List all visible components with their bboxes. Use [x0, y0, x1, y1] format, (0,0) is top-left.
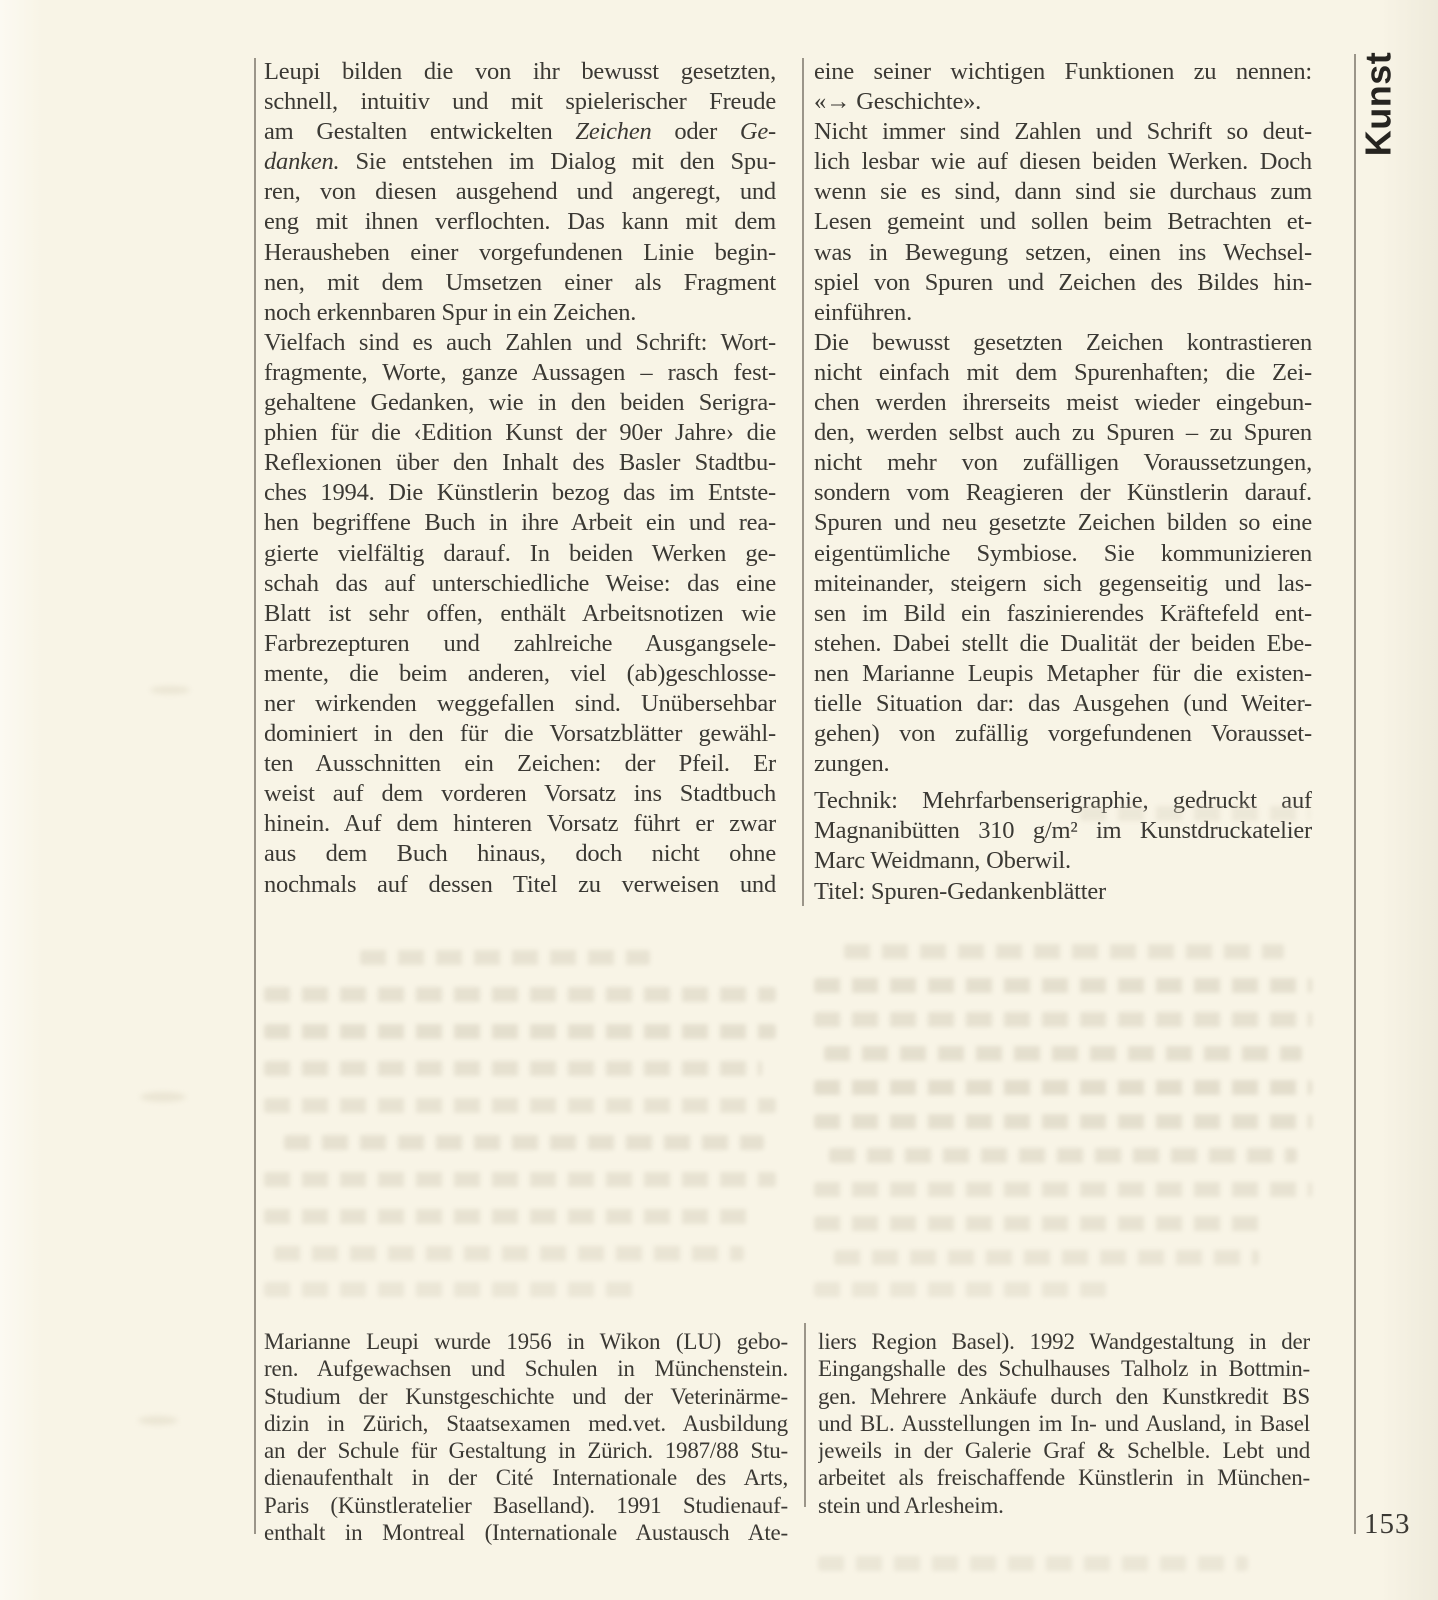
bleedthrough-text-row — [274, 1246, 744, 1261]
text-line: einführen. — [814, 298, 1312, 328]
text-line: stehen. Dabei stellt die Dualität der be… — [814, 629, 1312, 659]
text-line: gen. Mehrere Ankäufe durch den Kunstkred… — [818, 1383, 1310, 1410]
article-column-left: Leupi bilden die von ihr bewusst gesetzt… — [264, 57, 776, 900]
text-segment: am Gestalten entwickelten — [264, 118, 575, 145]
text-line: den, werden selbst auch zu Spuren – zu S… — [814, 418, 1312, 448]
text-segment: zungen. — [814, 750, 889, 777]
text-line: nochmals auf dessen Titel zu verweisen u… — [264, 870, 776, 900]
text-segment: stein und Arlesheim. — [818, 1493, 1004, 1518]
text-segment: miteinander, steigern sich gegenseitig u… — [814, 570, 1312, 597]
text-segment: Marianne Leupi wurde 1956 in Wikon (LU) … — [264, 1329, 788, 1354]
bleedthrough-text-row — [814, 978, 1312, 993]
biography-column-left: Marianne Leupi wurde 1956 in Wikon (LU) … — [264, 1328, 788, 1546]
bleedthrough-text-row — [814, 1080, 1312, 1095]
text-segment: schah das auf unterschiedliche Weise: da… — [264, 570, 776, 597]
text-line: dominiert in den für die Vorsatzblätter … — [264, 719, 776, 749]
italic-text-segment: Ge- — [740, 118, 776, 145]
text-line: schnell, intuitiv und mit spielerischer … — [264, 87, 776, 117]
text-line: eng mit ihnen verflochten. Das kann mit … — [264, 207, 776, 237]
text-segment: Paris (Künstleratelier Baselland). 1991 … — [264, 1493, 788, 1518]
text-line: eigentümliche Symbiose. Sie kommuniziere… — [814, 539, 1312, 569]
text-line: chen werden ihrerseits meist wieder eing… — [814, 388, 1312, 418]
text-segment: sen im Bild ein faszinierendes Kräftefel… — [814, 600, 1312, 627]
bleedthrough-text-row — [818, 1556, 1248, 1571]
article-column-right: eine seiner wichtigen Funktionen zu nenn… — [814, 57, 1312, 907]
text-segment: phien für die ‹Edition Kunst der 90er Ja… — [264, 419, 776, 446]
column-rule-middle-bottom — [804, 1323, 806, 1507]
bleedthrough-text-row — [264, 1024, 776, 1039]
text-segment: Magnanibütten 310 g/m² im Kunstdruckatel… — [814, 817, 1312, 844]
bleedthrough-text-row — [824, 1046, 1302, 1061]
text-line: Farbrezepturen und zahlreiche Ausgangsel… — [264, 629, 776, 659]
text-line: gehaltene Gedanken, wie in den beiden Se… — [264, 388, 776, 418]
bleedthrough-text-row — [264, 987, 776, 1002]
text-line: sen im Bild ein faszinierendes Kräftefel… — [814, 599, 1312, 629]
text-segment: sondern vom Reagieren der Künstlerin dar… — [814, 479, 1312, 506]
text-segment: tielle Situation dar: das Ausgehen (und … — [814, 690, 1312, 717]
text-segment: mente, die beim anderen, viel (ab)geschl… — [264, 660, 776, 687]
text-segment: einführen. — [814, 299, 912, 326]
text-segment: nicht einfach mit dem Spurenhaften; die … — [814, 359, 1312, 386]
text-line: Leupi bilden die von ihr bewusst gesetzt… — [264, 57, 776, 87]
text-line: mente, die beim anderen, viel (ab)geschl… — [264, 659, 776, 689]
text-segment: stehen. Dabei stellt die Dualität der be… — [814, 630, 1312, 657]
text-segment: weist auf dem vorderen Vorsatz ins Stadt… — [264, 780, 776, 807]
text-line: «→ Geschichte». — [814, 87, 1312, 117]
text-line: miteinander, steigern sich gegenseitig u… — [814, 569, 1312, 599]
text-segment: gehaltene Gedanken, wie in den beiden Se… — [264, 389, 776, 416]
text-line: Spuren und neu gesetzte Zeichen bilden s… — [814, 508, 1312, 538]
text-line: danken. Sie entstehen im Dialog mit den … — [264, 147, 776, 177]
text-line: spiel von Spuren und Zeichen des Bildes … — [814, 268, 1312, 298]
text-line: nen Marianne Leupis Metapher für die exi… — [814, 659, 1312, 689]
text-segment: an der Schule für Gestaltung in Zürich. … — [264, 1438, 788, 1463]
text-segment: hen begriffene Buch in ihre Arbeit ein u… — [264, 509, 776, 536]
text-line: ren, von diesen ausgehend und angeregt, … — [264, 177, 776, 207]
text-line: was in Bewegung setzen, einen ins Wechse… — [814, 238, 1312, 268]
text-segment: «→ Geschichte». — [814, 88, 981, 115]
text-line: Reflexionen über den Inhalt des Basler S… — [264, 448, 776, 478]
text-line: Lesen gemeint und sollen beim Betrachten… — [814, 207, 1312, 237]
text-segment: Farbrezepturen und zahlreiche Ausgangsel… — [264, 630, 776, 657]
bleedthrough-text-row — [264, 1061, 762, 1076]
text-segment: und BL. Ausstellungen im In- und Ausland… — [818, 1411, 1310, 1436]
bleedthrough-text-row — [814, 1114, 1312, 1129]
text-line: ren. Aufgewachsen und Schulen in München… — [264, 1355, 788, 1382]
text-segment: enthalt in Montreal (Internationale Aust… — [264, 1520, 788, 1545]
text-line: am Gestalten entwickelten Zeichen oder G… — [264, 117, 776, 147]
text-segment: nen, mit dem Umsetzen einer als Fragment — [264, 269, 776, 296]
text-line: nicht mehr von zufälligen Voraussetzunge… — [814, 448, 1312, 478]
text-segment: Leupi bilden die von ihr bewusst gesetzt… — [264, 58, 776, 85]
bleedthrough-text-row — [834, 1250, 1259, 1265]
text-line: ner wirkenden weggefallen sind. Unüberse… — [264, 689, 776, 719]
text-segment: eng mit ihnen verflochten. Das kann mit … — [264, 208, 776, 235]
text-line: hinein. Auf dem hinteren Vorsatz führt e… — [264, 809, 776, 839]
text-line: Die bewusst gesetzten Zeichen kontrastie… — [814, 328, 1312, 358]
text-line: und BL. Ausstellungen im In- und Ausland… — [818, 1410, 1310, 1437]
text-segment: dienaufenthalt in der Cité International… — [264, 1465, 788, 1490]
text-line: dienaufenthalt in der Cité International… — [264, 1464, 788, 1491]
text-segment: Titel: Spuren-Gedankenblätter — [814, 878, 1106, 905]
text-line: Titel: Spuren-Gedankenblätter — [814, 877, 1312, 907]
text-segment: Marc Weidmann, Oberwil. — [814, 847, 1071, 874]
text-segment: Die bewusst gesetzten Zeichen kontrastie… — [814, 329, 1312, 356]
text-line: nicht einfach mit dem Spurenhaften; die … — [814, 358, 1312, 388]
section-label-kunst: Kunst — [1352, 53, 1404, 155]
bleedthrough-text-row — [844, 944, 1284, 959]
text-line: Herausheben einer vorgefundenen Linie be… — [264, 238, 776, 268]
text-segment: nen Marianne Leupis Metapher für die exi… — [814, 660, 1312, 687]
text-segment: schnell, intuitiv und mit spielerischer … — [264, 88, 776, 115]
text-line: stein und Arlesheim. — [818, 1492, 1310, 1519]
text-line: ten Ausschnitten ein Zeichen: der Pfeil.… — [264, 749, 776, 779]
text-segment: lich lesbar wie auf diesen beiden Werken… — [814, 148, 1312, 175]
bleedthrough-text-row — [814, 1182, 1312, 1197]
margin-rule-right — [1354, 54, 1356, 1534]
text-segment: ren, von diesen ausgehend und angeregt, … — [264, 178, 776, 205]
text-line: ches 1994. Die Künstlerin bezog das im E… — [264, 478, 776, 508]
text-line: Nicht immer sind Zahlen und Schrift so d… — [814, 117, 1312, 147]
bleedthrough-text-row — [284, 1135, 764, 1150]
text-segment: ner wirkenden weggefallen sind. Unüberse… — [264, 690, 776, 717]
text-line: nen, mit dem Umsetzen einer als Fragment — [264, 268, 776, 298]
text-line: lich lesbar wie auf diesen beiden Werken… — [814, 147, 1312, 177]
text-segment: Sie entstehen im Dialog mit den Spu- — [339, 148, 776, 175]
text-segment: arbeitet als freischaffende Künstlerin i… — [818, 1465, 1310, 1490]
paper-smudge — [138, 1416, 178, 1425]
text-segment: aus dem Buch hinaus, doch nicht ohne — [264, 840, 776, 867]
text-segment: den, werden selbst auch zu Spuren – zu S… — [814, 419, 1312, 446]
text-line: Paris (Künstleratelier Baselland). 1991 … — [264, 1492, 788, 1519]
text-line: hen begriffene Buch in ihre Arbeit ein u… — [264, 508, 776, 538]
text-segment: ten Ausschnitten ein Zeichen: der Pfeil.… — [264, 750, 776, 777]
bleedthrough-text-row — [814, 1012, 1312, 1027]
text-segment: was in Bewegung setzen, einen ins Wechse… — [814, 239, 1312, 266]
scanned-journal-page: Kunst 153 Leupi bilden die von ihr bewus… — [0, 0, 1438, 1600]
bleedthrough-text-row — [1080, 806, 1310, 821]
bleedthrough-text-row — [264, 1282, 644, 1297]
italic-text-segment: danken. — [264, 148, 339, 175]
text-line: weist auf dem vorderen Vorsatz ins Stadt… — [264, 779, 776, 809]
text-segment: wenn sie es sind, dann sind sie durchaus… — [814, 178, 1312, 205]
text-segment: Reflexionen über den Inhalt des Basler S… — [264, 449, 776, 476]
text-line: noch erkennbaren Spur in ein Zeichen. — [264, 298, 776, 328]
column-rule-left — [254, 58, 256, 1534]
text-line: gierte vielfältig darauf. In beiden Werk… — [264, 539, 776, 569]
bleedthrough-text-row — [360, 950, 650, 965]
text-segment: Vielfach sind es auch Zahlen und Schrift… — [264, 329, 776, 356]
text-segment: spiel von Spuren und Zeichen des Bildes … — [814, 269, 1312, 296]
text-line: aus dem Buch hinaus, doch nicht ohne — [264, 839, 776, 869]
bleedthrough-text-row — [814, 1216, 1269, 1231]
text-line: eine seiner wichtigen Funktionen zu nenn… — [814, 57, 1312, 87]
text-line: dizin in Zürich, Staatsexamen med.vet. A… — [264, 1410, 788, 1437]
text-segment: jeweils in der Galerie Graf & Schelble. … — [818, 1438, 1310, 1463]
text-segment: eine seiner wichtigen Funktionen zu nenn… — [814, 58, 1312, 85]
text-line: sondern vom Reagieren der Künstlerin dar… — [814, 478, 1312, 508]
text-segment: gen. Mehrere Ankäufe durch den Kunstkred… — [818, 1384, 1310, 1409]
page-number: 153 — [1364, 1508, 1411, 1541]
text-segment: Eingangshalle des Schulhauses Talholz in… — [818, 1356, 1310, 1381]
text-line: gehen) von zufällig vorgefundenen Voraus… — [814, 719, 1312, 749]
text-segment: noch erkennbaren Spur in ein Zeichen. — [264, 299, 636, 326]
text-segment: fragmente, Worte, ganze Aussagen – rasch… — [264, 359, 776, 386]
text-segment: ches 1994. Die Künstlerin bezog das im E… — [264, 479, 776, 506]
text-segment: Spuren und neu gesetzte Zeichen bilden s… — [814, 509, 1312, 536]
text-segment: hinein. Auf dem hinteren Vorsatz führt e… — [264, 810, 776, 837]
text-line: Marc Weidmann, Oberwil. — [814, 846, 1312, 876]
bleedthrough-text-row — [264, 1172, 776, 1187]
text-line: an der Schule für Gestaltung in Zürich. … — [264, 1437, 788, 1464]
text-line: Vielfach sind es auch Zahlen und Schrift… — [264, 328, 776, 358]
text-line: arbeitet als freischaffende Künstlerin i… — [818, 1464, 1310, 1491]
text-segment: dominiert in den für die Vorsatzblätter … — [264, 720, 776, 747]
text-line: tielle Situation dar: das Ausgehen (und … — [814, 689, 1312, 719]
section-label-text: Kunst — [1357, 52, 1399, 157]
text-segment: ren. Aufgewachsen und Schulen in München… — [264, 1356, 788, 1381]
text-segment: Lesen gemeint und sollen beim Betrachten… — [814, 208, 1312, 235]
paper-smudge — [150, 686, 190, 694]
text-line: Blatt ist sehr offen, enthält Arbeitsnot… — [264, 599, 776, 629]
text-line: fragmente, Worte, ganze Aussagen – rasch… — [264, 358, 776, 388]
text-segment: oder — [652, 118, 740, 145]
biography-column-right: liers Region Basel). 1992 Wandgestaltung… — [818, 1328, 1310, 1519]
text-segment: gehen) von zufällig vorgefundenen Voraus… — [814, 720, 1312, 747]
paper-smudge — [140, 1092, 186, 1102]
text-line: Eingangshalle des Schulhauses Talholz in… — [818, 1355, 1310, 1382]
bleedthrough-text-row — [264, 1098, 776, 1113]
text-line: zungen. — [814, 749, 1312, 779]
bleedthrough-text-row — [264, 1209, 754, 1224]
text-line: Marianne Leupi wurde 1956 in Wikon (LU) … — [264, 1328, 788, 1355]
text-segment: nochmals auf dessen Titel zu verweisen u… — [264, 871, 776, 898]
italic-text-segment: Zeichen — [575, 118, 651, 145]
text-segment: liers Region Basel). 1992 Wandgestaltung… — [818, 1329, 1310, 1354]
text-line: liers Region Basel). 1992 Wandgestaltung… — [818, 1328, 1310, 1355]
text-line: Studium der Kunstgeschichte und der Vete… — [264, 1383, 788, 1410]
bleedthrough-text-row — [829, 1148, 1297, 1163]
text-line: schah das auf unterschiedliche Weise: da… — [264, 569, 776, 599]
text-segment: Studium der Kunstgeschichte und der Vete… — [264, 1384, 788, 1409]
text-line: jeweils in der Galerie Graf & Schelble. … — [818, 1437, 1310, 1464]
text-line: enthalt in Montreal (Internationale Aust… — [264, 1519, 788, 1546]
text-line: wenn sie es sind, dann sind sie durchaus… — [814, 177, 1312, 207]
text-segment: dizin in Zürich, Staatsexamen med.vet. A… — [264, 1411, 788, 1436]
column-rule-middle-top — [802, 58, 804, 906]
text-segment: nicht mehr von zufälligen Voraussetzunge… — [814, 449, 1312, 476]
text-segment: gierte vielfältig darauf. In beiden Werk… — [264, 540, 776, 567]
text-segment: chen werden ihrerseits meist wieder eing… — [814, 389, 1312, 416]
text-line: phien für die ‹Edition Kunst der 90er Ja… — [264, 418, 776, 448]
text-segment: Nicht immer sind Zahlen und Schrift so d… — [814, 118, 1312, 145]
text-segment: Blatt ist sehr offen, enthält Arbeitsnot… — [264, 600, 776, 627]
text-segment: Herausheben einer vorgefundenen Linie be… — [264, 239, 776, 266]
bleedthrough-text-row — [814, 1282, 1114, 1297]
text-segment: eigentümliche Symbiose. Sie kommuniziere… — [814, 540, 1312, 567]
